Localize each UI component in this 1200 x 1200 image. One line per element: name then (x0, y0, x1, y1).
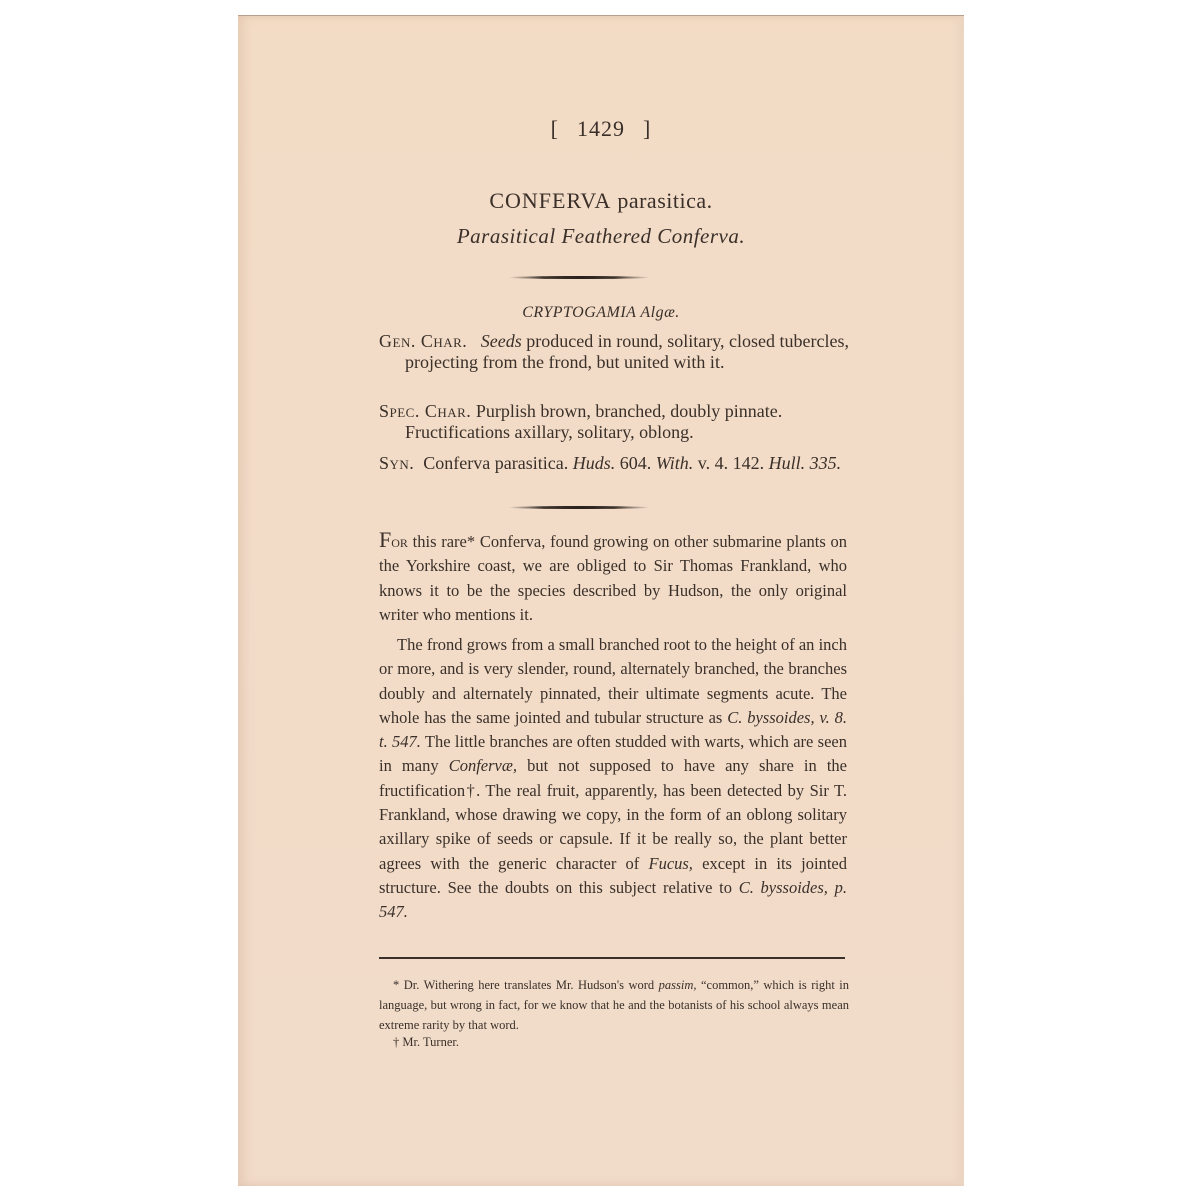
footnote-1-text-a: * Dr. Withering here translates Mr. Huds… (393, 978, 659, 992)
order-name: Algæ. (640, 304, 679, 321)
footnote-1: * Dr. Withering here translates Mr. Huds… (379, 975, 849, 1035)
species-name: parasitica. (617, 188, 712, 213)
gen-char-label: Gen. Char. (379, 331, 467, 351)
syn-label: Syn. (379, 453, 414, 473)
gen-char-text: produced in round, solitary, closed tube… (405, 331, 849, 372)
classification: CRYPTOGAMIA Algæ. (238, 304, 964, 322)
paragraph-1-text: this rare* Conferva, found growing on ot… (379, 532, 847, 624)
genus-name: CONFERVA (489, 188, 611, 213)
paragraph-1: For this rare* Conferva, found growing o… (379, 528, 847, 627)
page-number-value: 1429 (577, 116, 625, 141)
bracket-close: ] (643, 116, 651, 142)
specific-character: Spec. Char. Purplish brown, branched, do… (379, 401, 849, 443)
gen-char-italic: Seeds (481, 331, 522, 351)
syn-ref-hull: Hull. (769, 453, 806, 473)
spec-char-label: Spec. Char. (379, 401, 471, 421)
synonyms: Syn. Conferva parasitica. Huds. 604. Wit… (379, 453, 849, 474)
syn-ref-withering: With. (656, 453, 694, 473)
page-title: CONFERVA parasitica. (238, 188, 964, 214)
footnote-1-passim: passim, (659, 978, 697, 992)
p2-confervae: Confervæ, (449, 756, 517, 775)
small-caps-lead: or (391, 532, 408, 551)
ornamental-rule-top (508, 276, 650, 279)
syn-ref-hull-num: 335. (810, 453, 842, 473)
paragraph-2: The frond grows from a small branched ro… (379, 633, 847, 925)
ornamental-rule-bottom (508, 506, 650, 509)
syn-ref-withering-num: v. 4. 142. (698, 453, 764, 473)
class-name: CRYPTOGAMIA (522, 304, 636, 321)
syn-text: Conferva parasitica. (423, 453, 568, 473)
page-number: [1429] (238, 116, 964, 142)
bracket-open: [ (551, 116, 559, 142)
common-name: Parasitical Feathered Conferva. (238, 224, 964, 249)
generic-character: Gen. Char. Seeds produced in round, soli… (379, 331, 849, 373)
footnote-rule (379, 957, 845, 959)
syn-ref-hudson-num: 604. (620, 453, 652, 473)
footnote-2: † Mr. Turner. (379, 1032, 863, 1052)
syn-ref-hudson: Huds. (573, 453, 616, 473)
book-page: [1429] CONFERVA parasitica. Parasitical … (238, 15, 964, 1186)
drop-cap: F (379, 527, 391, 552)
p2-fucus: Fucus, (648, 854, 692, 873)
